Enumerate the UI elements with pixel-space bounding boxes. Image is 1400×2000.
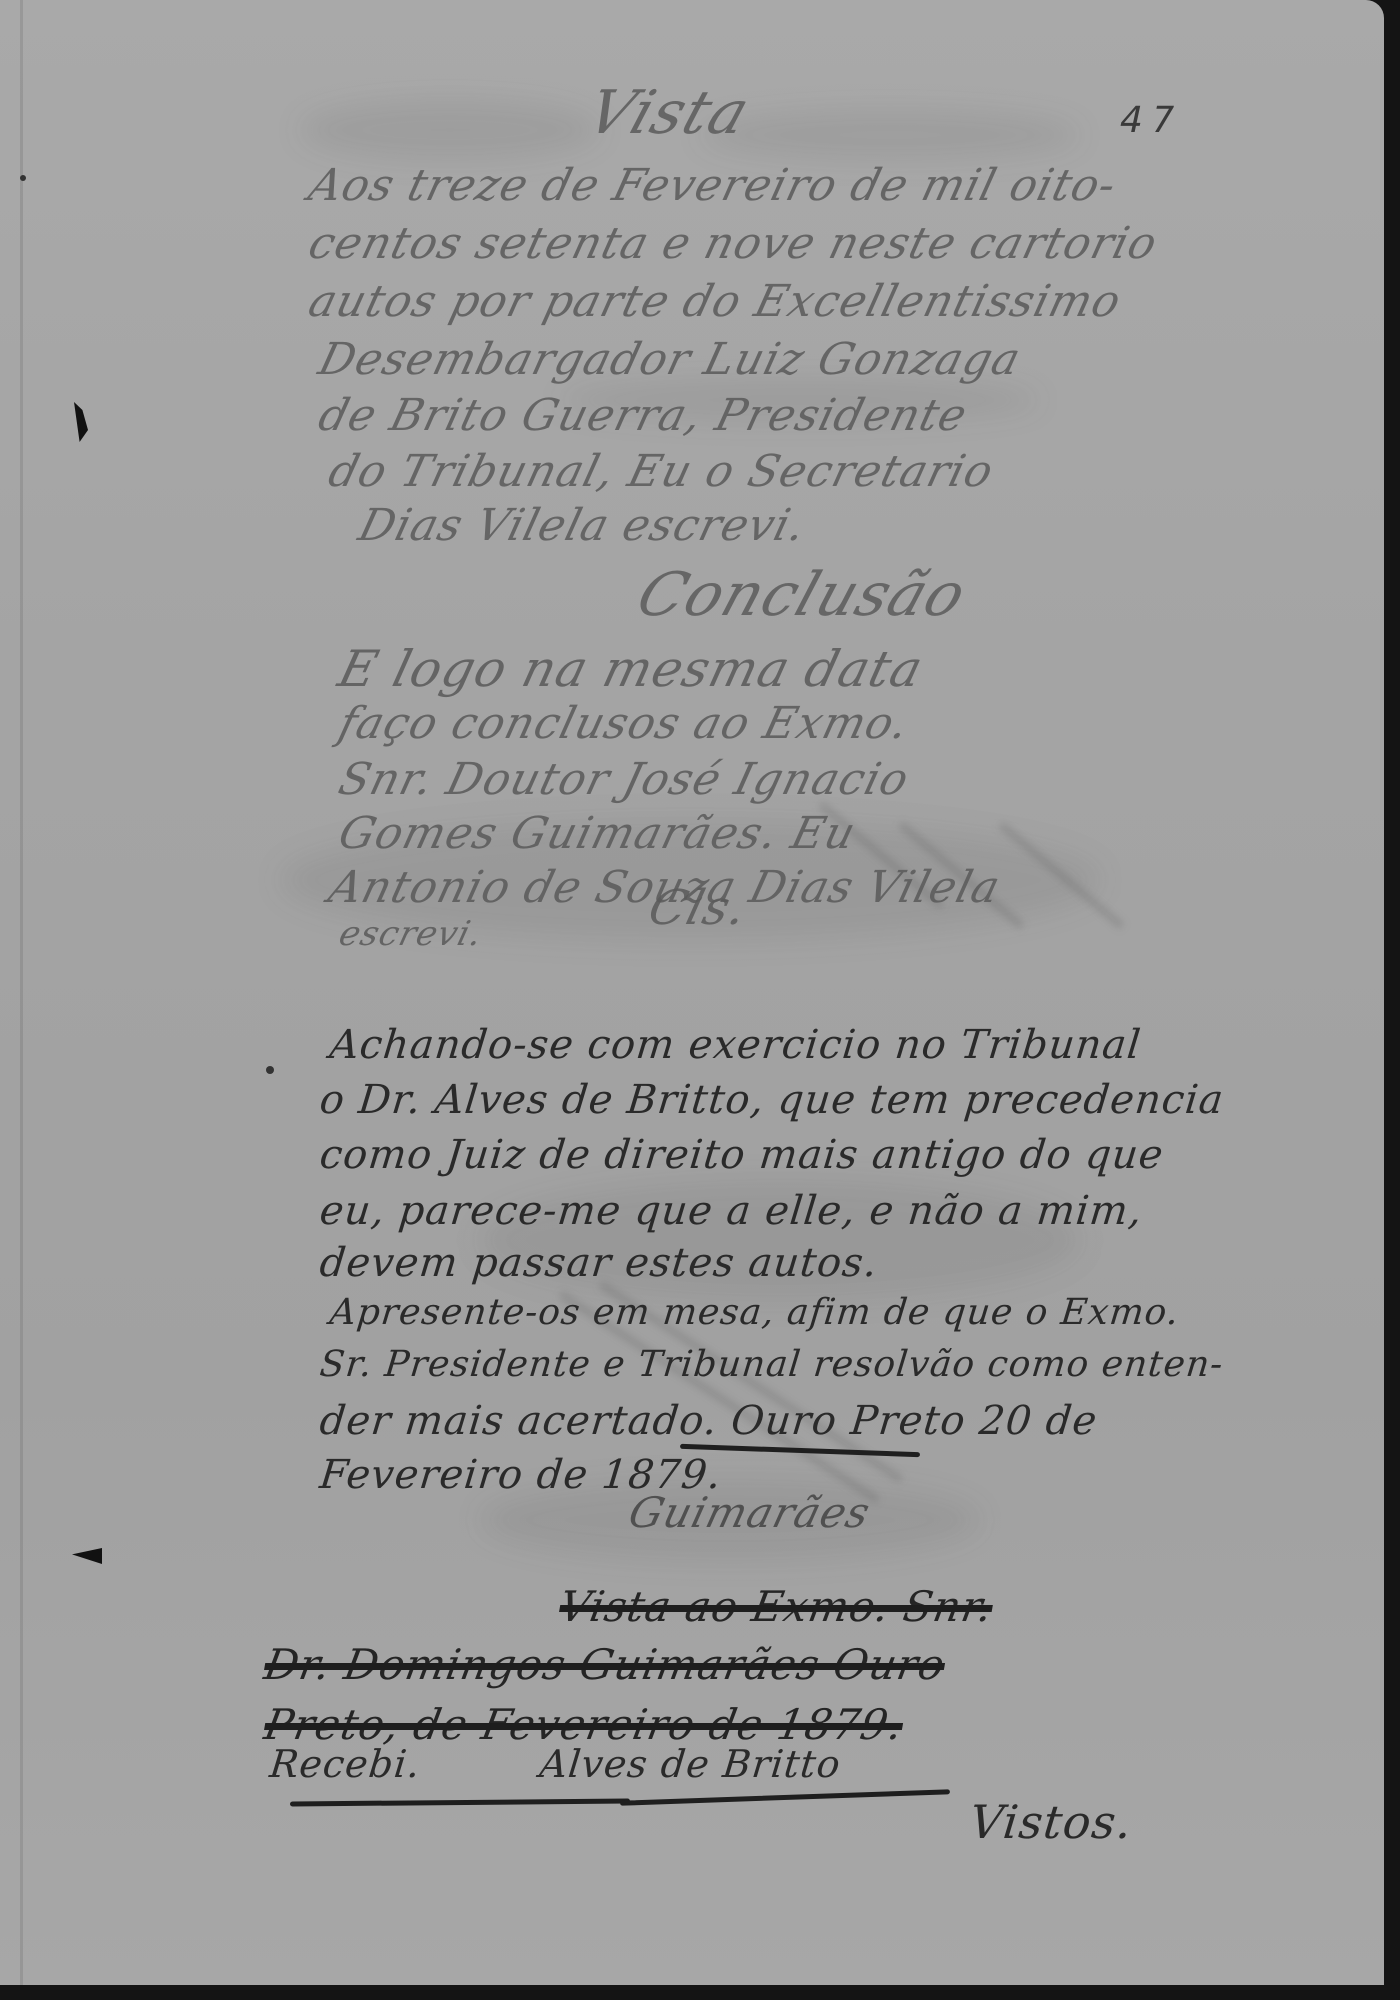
vista-line: de Brito Guerra, Presidente xyxy=(314,390,973,441)
vista-heading: Vista xyxy=(579,78,759,148)
conclusao-line: Gomes Guimarães. Eu xyxy=(334,808,862,859)
despacho-line: eu, parece-me que a elle, e não a mim, xyxy=(318,1188,1145,1234)
despacho-line: Apresente-os em mesa, afim de que o Exmo… xyxy=(328,1292,1181,1333)
vista-line: do Tribunal, Eu o Secretario xyxy=(324,446,999,497)
manuscript-page: 47 Vista Aos treze de Fevereiro de mil o… xyxy=(0,0,1384,1985)
despacho-line: Sr. Presidente e Tribunal resolvão como … xyxy=(318,1344,1226,1385)
page-number: 47 xyxy=(1116,100,1187,141)
vista-line: Desembargador Luiz Gonzaga xyxy=(314,334,1026,385)
struck-line: Dr. Domingos Guimarães Ouro xyxy=(261,1640,949,1689)
conclusao-heading: Conclusão xyxy=(629,560,976,630)
binding-hole-mark xyxy=(74,402,88,442)
struck-line: Vista ao Exmo. Snr. xyxy=(556,1582,997,1631)
vistos-note: Vistos. xyxy=(967,1795,1135,1849)
despacho-line: devem passar estes autos. xyxy=(318,1240,880,1286)
vista-line: centos setenta e nove neste cartorio xyxy=(304,218,1163,269)
vista-line: autos por parte do Excellentissimo xyxy=(304,276,1127,327)
conclusao-flourish: Cls. xyxy=(643,880,753,936)
conclusao-line: escrevi. xyxy=(335,914,487,954)
conclusao-line: E logo na mesma data xyxy=(333,640,929,698)
received-note: Recebi. xyxy=(268,1742,423,1786)
ink-dot xyxy=(20,175,26,181)
ink-bleed xyxy=(700,110,1080,160)
binding-hole-mark xyxy=(72,1548,102,1564)
ink-dot xyxy=(266,1066,274,1074)
ink-bleed xyxy=(300,100,600,160)
paper-fold-line xyxy=(20,0,23,1985)
signature-underline xyxy=(290,1799,630,1807)
despacho-signature: Guimarães xyxy=(624,1488,876,1537)
conclusao-line: Snr. Doutor José Ignacio xyxy=(334,754,915,805)
scan-border-bottom xyxy=(0,1985,1400,2000)
despacho-line: der mais acertado. Ouro Preto 20 de xyxy=(318,1398,1100,1444)
scan-border-right xyxy=(1384,0,1400,2000)
closing-signature: Alves de Britto xyxy=(538,1742,843,1786)
vista-line: Aos treze de Fevereiro de mil oito- xyxy=(304,160,1122,211)
despacho-line: como Juiz de direito mais antigo do que xyxy=(318,1132,1166,1178)
signature-underline xyxy=(620,1789,950,1806)
conclusao-line: faço conclusos ao Exmo. xyxy=(334,698,915,749)
despacho-line: Achando-se com exercicio no Tribunal xyxy=(328,1022,1144,1068)
despacho-line: o Dr. Alves de Britto, que tem precedenc… xyxy=(318,1077,1227,1123)
vista-line: Dias Vilela escrevi. xyxy=(354,500,812,551)
